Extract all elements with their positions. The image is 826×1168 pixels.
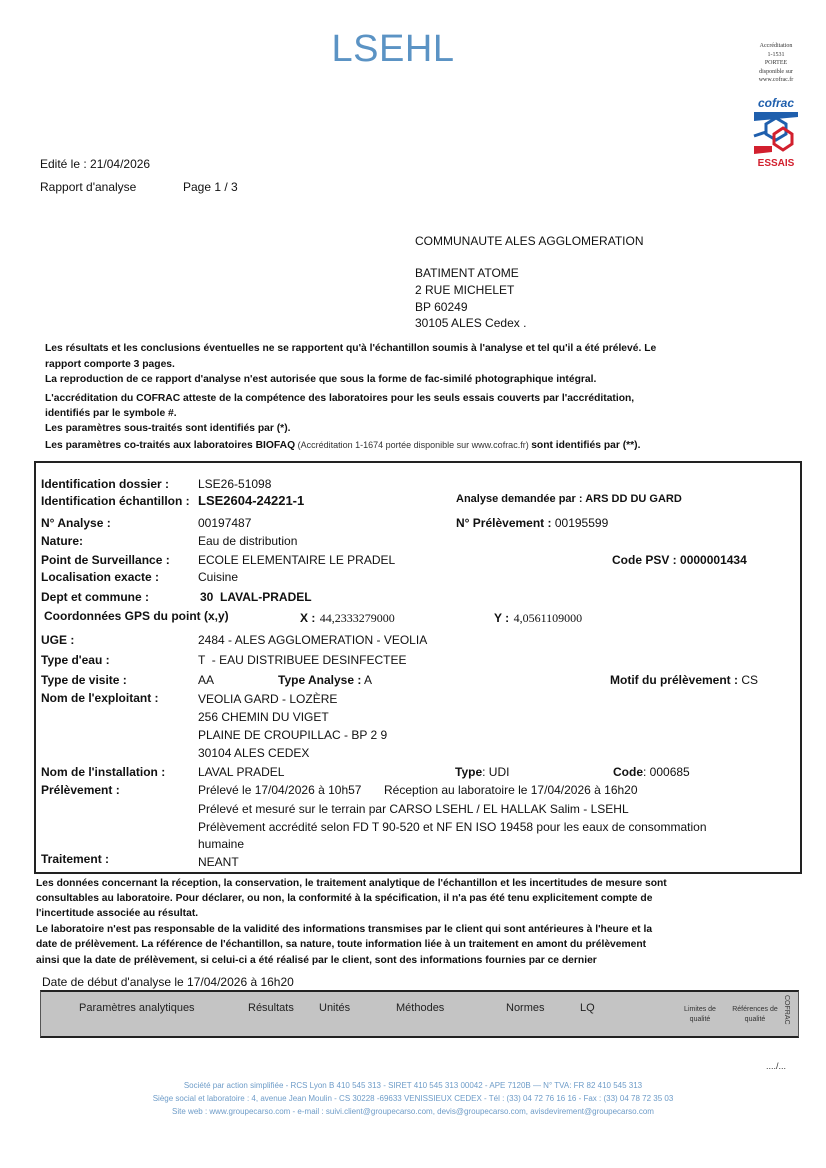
motif-prelevement: Motif du prélèvement : CS	[610, 673, 758, 687]
notice-text: sont identifiés par (**).	[531, 440, 640, 451]
recipient-name: COMMUNAUTE ALES AGGLOMERATION	[415, 234, 643, 248]
col-parametres: Paramètres analytiques	[79, 1002, 195, 1014]
edited-date: Edité le : 21/04/2026	[40, 157, 150, 171]
demandee-value: ARS DD DU GARD	[585, 493, 682, 505]
uge-value: 2484 - ALES AGGLOMERATION - VEOLIA	[198, 633, 427, 647]
accreditation-line: PORTEE	[748, 59, 804, 68]
code-psv: Code PSV : 0000001434	[612, 553, 747, 567]
svg-text:cofrac: cofrac	[758, 96, 794, 110]
col-resultats: Résultats	[248, 1002, 294, 1014]
dossier-label: Identification dossier :	[41, 477, 169, 491]
installation-code-value: : 000685	[643, 765, 690, 779]
recipient-address-line: BATIMENT ATOME	[415, 266, 519, 280]
notice-line: Les paramètres sous-traités sont identif…	[45, 423, 290, 434]
type-analyse-value: A	[364, 673, 372, 687]
disclaimer-line: date de prélèvement. La référence de l'é…	[36, 939, 646, 950]
demandee-label: Analyse demandée par :	[456, 493, 583, 505]
visite-value: AA	[198, 673, 214, 687]
accreditation-prelevement: Prélèvement accrédité selon FD T 90-520 …	[198, 820, 707, 834]
footer-line: Site web : www.groupecarso.com - e-mail …	[0, 1107, 826, 1116]
prelevement-number: N° Prélèvement : 00195599	[456, 516, 608, 530]
installation-type-value: : UDI	[482, 765, 509, 779]
lab-logo-title: LSEHL	[0, 28, 786, 71]
notice-line: L'accréditation du COFRAC atteste de la …	[45, 393, 634, 404]
gps-y-label: Y :	[494, 611, 509, 625]
recipient-address-line: BP 60249	[415, 300, 468, 314]
nature-value: Eau de distribution	[198, 534, 297, 548]
psv-value: 0000001434	[680, 553, 747, 567]
notice-text: Les paramètres co-traités aux laboratoir…	[45, 440, 295, 451]
col-references: Références de qualité	[729, 1005, 781, 1025]
type-eau-value: T - EAU DISTRIBUEE DESINFECTEE	[198, 653, 406, 667]
traitement-label: Traitement :	[41, 852, 109, 866]
type-analyse-label: Type Analyse :	[278, 673, 361, 687]
accreditation-line: disponible sur	[748, 68, 804, 77]
results-table-header: Paramètres analytiques Résultats Unités …	[40, 990, 799, 1038]
echantillon-value: LSE2604-24221-1	[198, 493, 304, 508]
type-eau-label: Type d'eau :	[41, 653, 110, 667]
prelevement-number-label: N° Prélèvement :	[456, 516, 552, 530]
exploitant-label: Nom de l'exploitant :	[41, 691, 159, 705]
exploitant-line: PLAINE DE CROUPILLAC - BP 2 9	[198, 728, 387, 742]
notice-line: rapport comporte 3 pages.	[45, 359, 175, 370]
analyse-value: 00197487	[198, 516, 251, 530]
svg-text:ESSAIS: ESSAIS	[758, 158, 795, 168]
reception-date: Réception au laboratoire le 17/04/2026 à…	[384, 783, 638, 797]
col-methodes: Méthodes	[396, 1002, 444, 1014]
localisation-value: Cuisine	[198, 570, 238, 584]
gps-x-label: X :	[300, 611, 315, 625]
disclaimer-line: ainsi que la date de prélèvement, si cel…	[36, 955, 597, 966]
col-normes: Normes	[506, 1002, 545, 1014]
gps-x-value: 44,2333279000	[320, 611, 395, 625]
col-limites: Limites de qualité	[677, 1005, 723, 1025]
traitement-value: NEANT	[198, 855, 239, 869]
footer-line: Société par action simplifiée - RCS Lyon…	[0, 1081, 826, 1090]
localisation-label: Localisation exacte :	[41, 570, 159, 584]
visite-label: Type de visite :	[41, 673, 127, 687]
disclaimer-line: consultables au laboratoire. Pour déclar…	[36, 893, 652, 904]
installation-label: Nom de l'installation :	[41, 765, 165, 779]
exploitant-line: 256 CHEMIN DU VIGET	[198, 710, 329, 724]
edited-label: Edité le :	[40, 157, 87, 171]
commune-value: 30 LAVAL-PRADEL	[200, 590, 312, 604]
gps-label: Coordonnées GPS du point (x,y)	[44, 609, 229, 623]
accreditation-line: 1-1531	[748, 51, 804, 60]
uge-label: UGE :	[41, 633, 74, 647]
page-indicator: Page 1 / 3	[183, 180, 238, 194]
prelevement-number-value: 00195599	[555, 516, 608, 530]
recipient-address-line: 30105 ALES Cedex .	[415, 316, 526, 330]
gps-y-value: 4,0561109000	[514, 611, 583, 625]
motif-value: CS	[741, 673, 758, 687]
notice-line: La reproduction de ce rapport d'analyse …	[45, 374, 596, 385]
gps-x: X : 44,2333279000	[300, 609, 395, 627]
continuation-mark: ..../...	[766, 1061, 786, 1071]
notice-line-biofaq: Les paramètres co-traités aux laboratoir…	[45, 440, 640, 451]
col-limites-line: Limites de	[677, 1005, 723, 1015]
col-lq: LQ	[580, 1002, 595, 1014]
accreditation-line: Accréditation	[748, 42, 804, 51]
gps-y: Y : 4,0561109000	[494, 609, 582, 627]
col-limites-line: qualité	[677, 1015, 723, 1025]
col-references-line: qualité	[729, 1015, 781, 1025]
footer-line: Siège social et laboratoire : 4, avenue …	[0, 1094, 826, 1103]
col-references-line: Références de	[729, 1005, 781, 1015]
demandee-par: Analyse demandée par : ARS DD DU GARD	[456, 493, 682, 505]
preleve-date: Prélevé le 17/04/2026 à 10h57	[198, 783, 361, 797]
accreditation-line: www.cofrac.fr	[748, 76, 804, 85]
prelevement-label: Prélèvement :	[41, 783, 120, 797]
analysis-start-date: Date de début d'analyse le 17/04/2026 à …	[42, 975, 294, 989]
commune-label: Dept et commune :	[41, 590, 149, 604]
analyse-label: N° Analyse :	[41, 516, 111, 530]
notice-text-light: (Accréditation 1-1674 portée disponible …	[295, 440, 531, 450]
dossier-value: LSE26-51098	[198, 477, 271, 491]
installation-type: Type: UDI	[455, 765, 509, 779]
edited-value: 21/04/2026	[90, 157, 150, 171]
echantillon-label: Identification échantillon :	[41, 494, 190, 508]
surveillance-value: ECOLE ELEMENTAIRE LE PRADEL	[198, 553, 395, 567]
psv-label: Code PSV :	[612, 553, 677, 567]
type-analyse: Type Analyse : A	[278, 673, 372, 687]
exploitant-line: 30104 ALES CEDEX	[198, 746, 309, 760]
surveillance-label: Point de Surveillance :	[41, 553, 170, 567]
preleve-par: Prélevé et mesuré sur le terrain par CAR…	[198, 802, 629, 816]
installation-code: Code: 000685	[613, 765, 690, 779]
cofrac-logo-icon: cofrac ESSAIS	[752, 96, 800, 168]
motif-label: Motif du prélèvement :	[610, 673, 738, 687]
notice-line: Les résultats et les conclusions éventue…	[45, 343, 656, 354]
disclaimer-line: Le laboratoire n'est pas responsable de …	[36, 924, 652, 935]
accreditation-prelevement-cont: humaine	[198, 837, 244, 851]
disclaimer-line: l'incertitude associée au résultat.	[36, 908, 198, 919]
notice-line: identifiés par le symbole #.	[45, 408, 177, 419]
disclaimer-line: Les données concernant la réception, la …	[36, 878, 667, 889]
col-cofrac: COFRAC	[783, 995, 790, 1025]
nature-label: Nature:	[41, 534, 83, 548]
installation-type-label: Type	[455, 765, 482, 779]
exploitant-line: VEOLIA GARD - LOZÈRE	[198, 692, 337, 706]
col-unites: Unités	[319, 1002, 350, 1014]
installation-value: LAVAL PRADEL	[198, 765, 284, 779]
report-type: Rapport d'analyse	[40, 180, 136, 194]
recipient-address-line: 2 RUE MICHELET	[415, 283, 514, 297]
accreditation-note: Accréditation 1-1531 PORTEE disponible s…	[748, 42, 804, 85]
installation-code-label: Code	[613, 765, 643, 779]
